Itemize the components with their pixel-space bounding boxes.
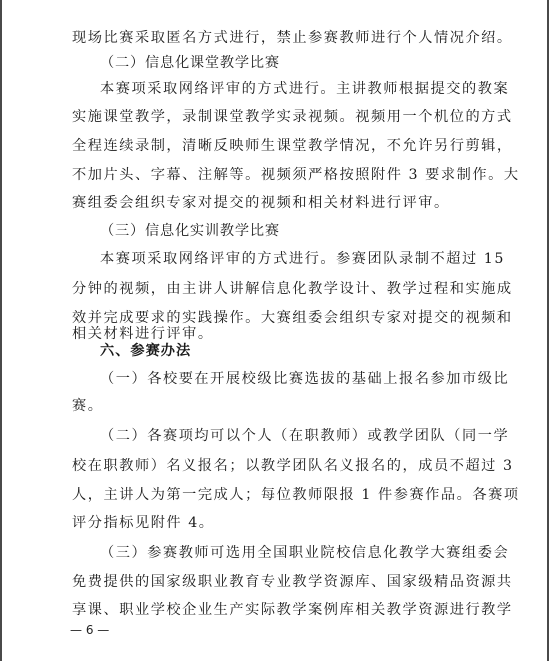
document-page: 现场比赛采取匿名方式进行，禁止参赛教师进行个人情况介绍。 （二）信息化课堂教学比…: [0, 0, 549, 661]
body-line: 免费提供的国家级职业教育专业教学资源库、国家级精品资源共: [72, 571, 458, 593]
body-line: 评分指标见附件 4。: [72, 512, 458, 534]
body-line: 校在职教师）名义报名；以教学团队名义报名的，成员不超过 3: [72, 455, 458, 477]
body-line: （二）各赛项均可以个人（在职教师）或教学团队（同一学: [100, 425, 458, 447]
body-line: 人，主讲人为第一完成人；每位教师限报 1 件参赛作品。各赛项: [72, 484, 458, 506]
body-line: 实施课堂教学，录制课堂教学实录视频。视频用一个机位的方式: [72, 106, 458, 128]
section-heading-3: （三）信息化实训教学比赛: [100, 220, 486, 242]
body-line: 全程连续录制，清晰反映师生课堂教学情况，不允许另行剪辑，: [72, 135, 458, 157]
body-line: （一）各校要在开展校级比赛选拔的基础上报名参加市级比: [100, 368, 458, 390]
section-heading-6: 六、参赛办法: [100, 340, 486, 362]
section-heading-2: （二）信息化课堂教学比赛: [100, 52, 486, 74]
body-line: 现场比赛采取匿名方式进行，禁止参赛教师进行个人情况介绍。: [72, 27, 458, 49]
body-line: 本赛项采取网络评审的方式进行。参赛团队录制不超过 15: [100, 248, 458, 270]
body-line: 不加片头、字幕、注解等。视频须严格按照附件 3 要求制作。大: [72, 164, 458, 186]
body-line: 享课、职业学校企业生产实际教学案例库相关教学资源进行教学: [72, 599, 458, 621]
body-line: 分钟的视频，由主讲人讲解信息化教学设计、教学过程和实施成: [72, 278, 458, 300]
page-number: — 6 —: [70, 623, 109, 637]
body-line: 赛。: [72, 395, 458, 417]
body-line: 本赛项采取网络评审的方式进行。主讲教师根据提交的教案: [100, 78, 458, 100]
body-line: （三）参赛教师可选用全国职业院校信息化教学大赛组委会: [100, 542, 458, 564]
body-line: 赛组委会组织专家对提交的视频和相关材料进行评审。: [72, 192, 458, 214]
